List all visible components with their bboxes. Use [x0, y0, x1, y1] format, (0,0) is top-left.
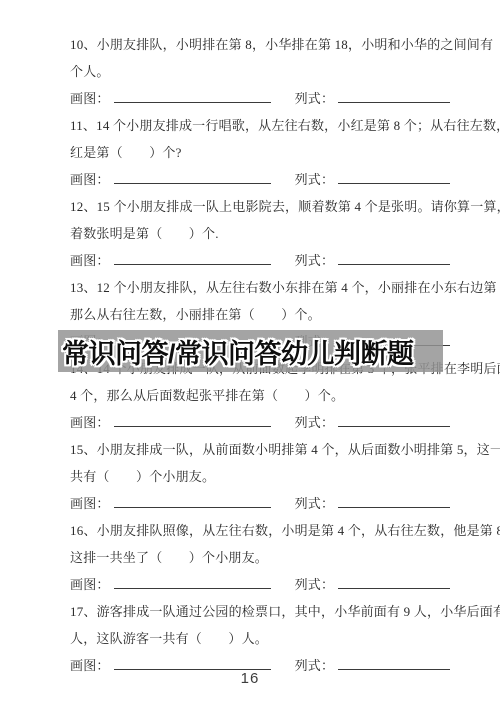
question-16-line-2: 这排一共坐了（ ）个小朋友。 — [70, 544, 452, 571]
answer-row-q14: 画图：列式： — [70, 409, 452, 436]
draw-answer-blank — [114, 90, 271, 103]
answer-row-q16: 画图：列式： — [70, 571, 452, 598]
question-17-line-1: 17、游客排成一队通过公园的检票口，其中，小华前面有 9 人，小华后面有 6 — [70, 598, 452, 625]
question-10-line-2: 个人。 — [70, 58, 452, 85]
draw-label: 画图： — [70, 577, 110, 592]
draw-answer-blank — [114, 414, 271, 427]
question-13-line-2: 那么从右往左数，小丽排在第（ ）个。 — [70, 301, 452, 328]
answer-row-q10: 画图：列式： — [70, 85, 452, 112]
question-11-line-1: 11、14 个小朋友排成一行唱歌，从左往右数，小红是第 8 个；从右往左数， — [70, 112, 452, 139]
formula-label: 列式： — [295, 577, 335, 592]
formula-label: 列式： — [295, 172, 335, 187]
formula-answer-blank — [338, 414, 450, 427]
answer-row-q12: 画图：列式： — [70, 247, 452, 274]
answer-row-q15: 画图：列式： — [70, 490, 452, 517]
question-15-line-1: 15、小朋友排成一队，从前面数小明排第 4 个，从后面数小明排第 5，这一队一 — [70, 436, 452, 463]
formula-answer-blank — [338, 495, 450, 508]
draw-label: 画图： — [70, 91, 110, 106]
question-15-line-2: 共有（ ）个小朋友。 — [70, 463, 452, 490]
draw-label: 画图： — [70, 496, 110, 511]
question-10-line-1: 10、小朋友排队，小明排在第 8，小华排在第 18，小明和小华的之间间有（ ） — [70, 31, 452, 58]
answer-row-q11: 画图：列式： — [70, 166, 452, 193]
formula-label: 列式： — [295, 253, 335, 268]
question-13-line-1: 13、12 个小朋友排队，从左往右数小东排在第 4 个，小丽排在小东右边第 3 … — [70, 274, 452, 301]
formula-label: 列式： — [295, 415, 335, 430]
question-17-line-2: 人，这队游客一共有（ ）人。 — [70, 625, 452, 652]
document-page: 10、小朋友排队，小明排在第 8，小华排在第 18，小明和小华的之间间有（ ）个… — [0, 0, 500, 706]
formula-answer-blank — [338, 657, 450, 670]
formula-label: 列式： — [295, 496, 335, 511]
formula-answer-blank — [338, 90, 450, 103]
question-11-line-2: 红是第（ ）个? — [70, 139, 452, 166]
formula-answer-blank — [338, 171, 450, 184]
draw-answer-blank — [114, 252, 271, 265]
draw-label: 画图： — [70, 253, 110, 268]
watermark-title: 常识问答/常识问答幼儿判断题 — [62, 332, 414, 371]
question-12-line-2: 着数张明是第（ ）个. — [70, 220, 452, 247]
watermark-banner: 常识问答/常识问答幼儿判断题 — [58, 330, 443, 372]
formula-answer-blank — [338, 576, 450, 589]
draw-answer-blank — [114, 171, 271, 184]
formula-answer-blank — [338, 252, 450, 265]
draw-label: 画图： — [70, 172, 110, 187]
page-number: 16 — [0, 670, 500, 687]
draw-answer-blank — [114, 657, 271, 670]
question-12-line-1: 12、15 个小朋友排成一队上电影院去，顺着数第 4 个是张明。请你算一算，倒 — [70, 193, 452, 220]
draw-answer-blank — [114, 576, 271, 589]
question-14-line-2: 4 个，那么从后面数起张平排在第（ ）个。 — [70, 382, 452, 409]
question-16-line-1: 16、小朋友排队照像，从左往右数，小明是第 4 个，从右往左数，他是第 8 个。 — [70, 517, 452, 544]
draw-label: 画图： — [70, 415, 110, 430]
formula-label: 列式： — [295, 91, 335, 106]
draw-answer-blank — [114, 495, 271, 508]
